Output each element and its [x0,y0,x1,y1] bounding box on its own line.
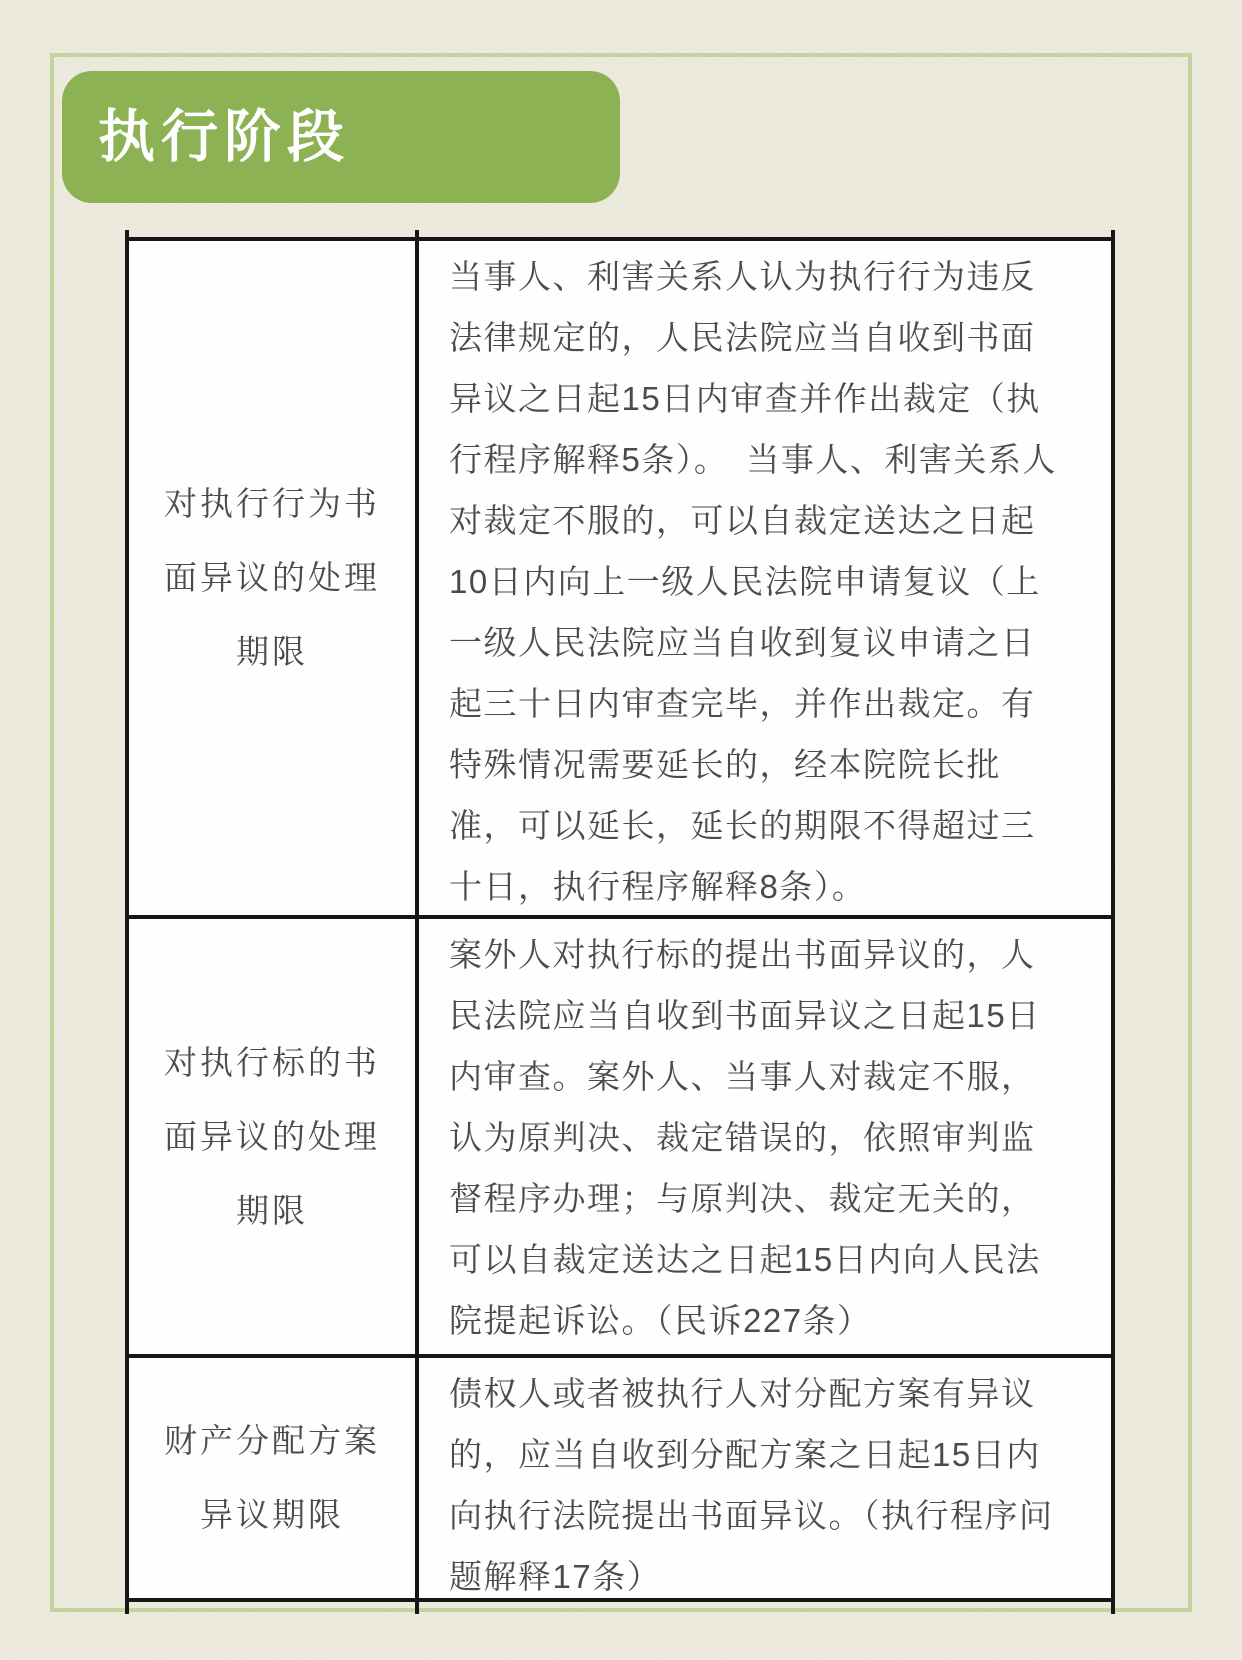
row-1-content-text: 当事人、利害关系人认为执行行为违反法律规定的，人民法院应当自收到书面异议之日起1… [449,258,1057,905]
row-2-label-text: 对执行标的书面异议的处理期限 [155,1026,389,1248]
table-row-3-label-cell: 财产分配方案异议期限 [129,1354,419,1598]
table-column-divider-rule [415,230,419,1614]
row-2-content-text: 案外人对执行标的提出书面异议的，人民法院应当自收到书面异议之日起15日内审查。案… [449,936,1041,1339]
table-row-3-content-cell: 债权人或者被执行人对分配方案有异议的，应当自收到分配方案之日起15日内向执行法院… [419,1354,1111,1598]
deadline-table: 对执行行为书面异议的处理期限 当事人、利害关系人认为执行行为违反法律规定的，人民… [125,237,1115,1602]
table-row-2-content-cell: 案外人对执行标的提出书面异议的，人民法院应当自收到书面异议之日起15日内审查。案… [419,915,1111,1354]
table-row-1-label-cell: 对执行行为书面异议的处理期限 [129,241,419,915]
row-3-label-text: 财产分配方案异议期限 [155,1404,389,1552]
table-row-1-content-cell: 当事人、利害关系人认为执行行为违反法律规定的，人民法院应当自收到书面异议之日起1… [419,241,1111,915]
row-3-content-text: 债权人或者被执行人对分配方案有异议的，应当自收到分配方案之日起15日内向执行法院… [449,1375,1054,1595]
page-title: 执行阶段 [98,109,350,166]
table-right-rule [1111,230,1115,1614]
table-left-rule [125,230,129,1614]
row-1-label-text: 对执行行为书面异议的处理期限 [155,467,389,689]
section-header-badge: 执行阶段 [62,71,620,203]
table-row-2-label-cell: 对执行标的书面异议的处理期限 [129,915,419,1354]
